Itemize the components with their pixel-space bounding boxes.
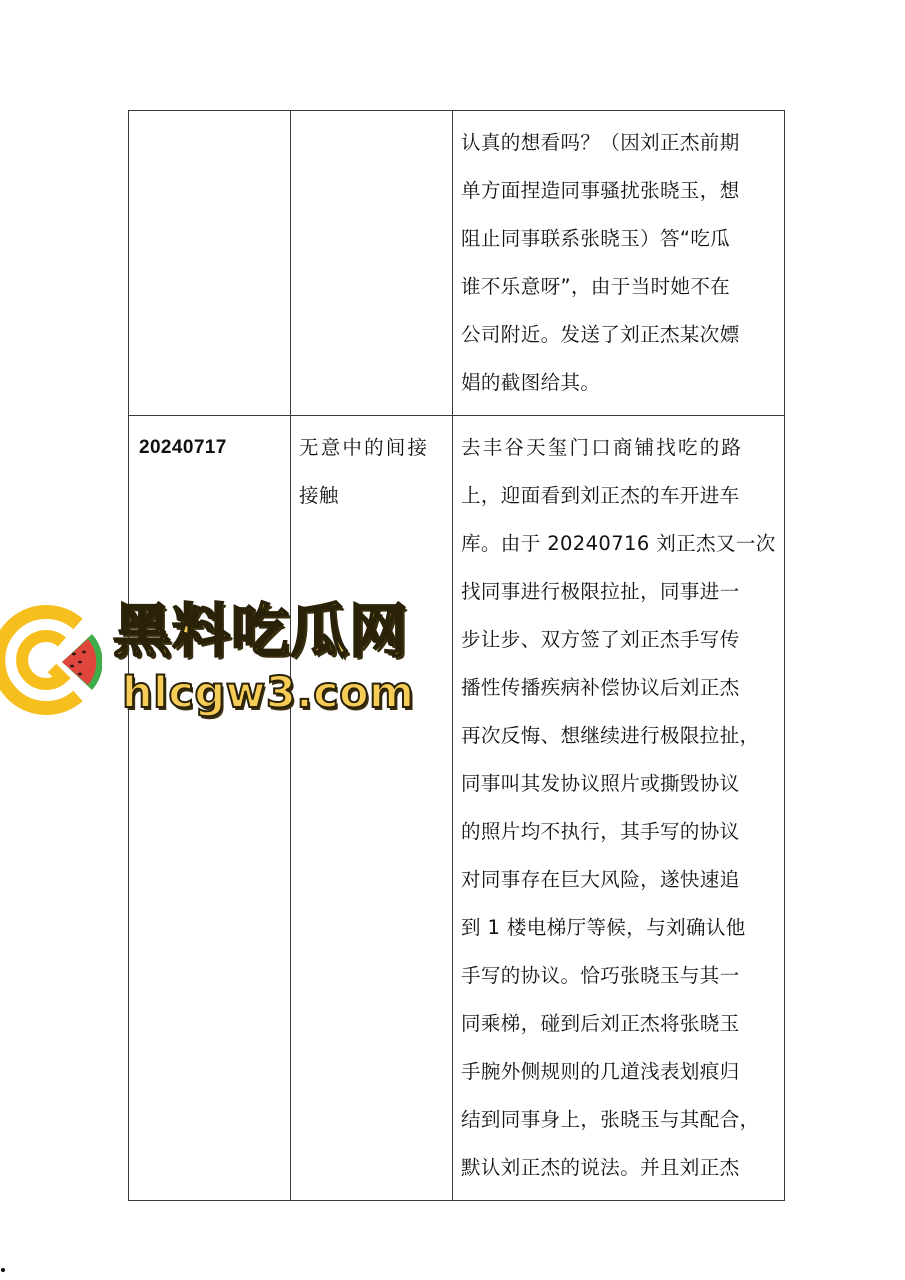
content-line: 谁不乐意呀”，由于当时她不在 [461,263,776,311]
type-cell: 无意中的间接 接触 [291,416,453,1201]
type-line: 无意中的间接 [299,424,444,472]
content-line: 娼的截图给其。 [461,359,776,407]
type-cell [291,111,453,416]
content-line: 播性传播疾病补偿协议后刘正杰 [461,664,776,712]
content-line: 认真的想看吗？（因刘正杰前期 [461,119,776,167]
content-line: 同乘梯，碰到后刘正杰将张晓玉 [461,1000,776,1048]
date-text [137,119,282,167]
content-line: 手写的协议。恰巧张晓玉与其一 [461,952,776,1000]
type-line: 接触 [299,472,444,520]
content-line: 默认刘正杰的说法。并且刘正杰 [461,1144,776,1192]
date-cell: 20240717 [129,416,291,1201]
content-line: 库。由于 20240716 刘正杰又一次 [461,520,776,568]
watermelon-c-logo-icon [0,604,102,716]
content-line: 手腕外侧规则的几道浅表划痕归 [461,1048,776,1096]
content-line: 去丰谷天玺门口商铺找吃的路 [461,424,776,472]
content-line: 同事叫其发协议照片或撕毁协议 [461,760,776,808]
table-row: 认真的想看吗？（因刘正杰前期 单方面捏造同事骚扰张晓玉，想 阻止同事联系张晓玉）… [129,111,785,416]
date-text: 20240717 [137,424,282,472]
content-line: 公司附近。发送了刘正杰某次嫖 [461,311,776,359]
event-log-table: 认真的想看吗？（因刘正杰前期 单方面捏造同事骚扰张晓玉，想 阻止同事联系张晓玉）… [128,110,785,1201]
content-line: 上，迎面看到刘正杰的车开进车 [461,472,776,520]
content-line: 步让步、双方签了刘正杰手写传 [461,616,776,664]
content-line: 单方面捏造同事骚扰张晓玉，想 [461,167,776,215]
content-line: 找同事进行极限拉扯，同事进一 [461,568,776,616]
content-cell: 去丰谷天玺门口商铺找吃的路 上，迎面看到刘正杰的车开进车 库。由于 202407… [453,416,785,1201]
date-cell [129,111,291,416]
content-line: 结到同事身上，张晓玉与其配合， [461,1096,776,1144]
content-line: 对同事存在巨大风险，遂快速追 [461,856,776,904]
content-line: 到 1 楼电梯厅等候，与刘确认他 [461,904,776,952]
content-line: 阻止同事联系张晓玉）答“吃瓜 [461,215,776,263]
page-mark-dot [1,1268,5,1272]
content-line: 的照片均不执行，其手写的协议 [461,808,776,856]
content-line: 再次反悔、想继续进行极限拉扯， [461,712,776,760]
document-page: 认真的想看吗？（因刘正杰前期 单方面捏造同事骚扰张晓玉，想 阻止同事联系张晓玉）… [0,0,905,1280]
table-row: 20240717 无意中的间接 接触 去丰谷天玺门口商铺找吃的路 上，迎面看到刘… [129,416,785,1201]
content-cell: 认真的想看吗？（因刘正杰前期 单方面捏造同事骚扰张晓玉，想 阻止同事联系张晓玉）… [453,111,785,416]
